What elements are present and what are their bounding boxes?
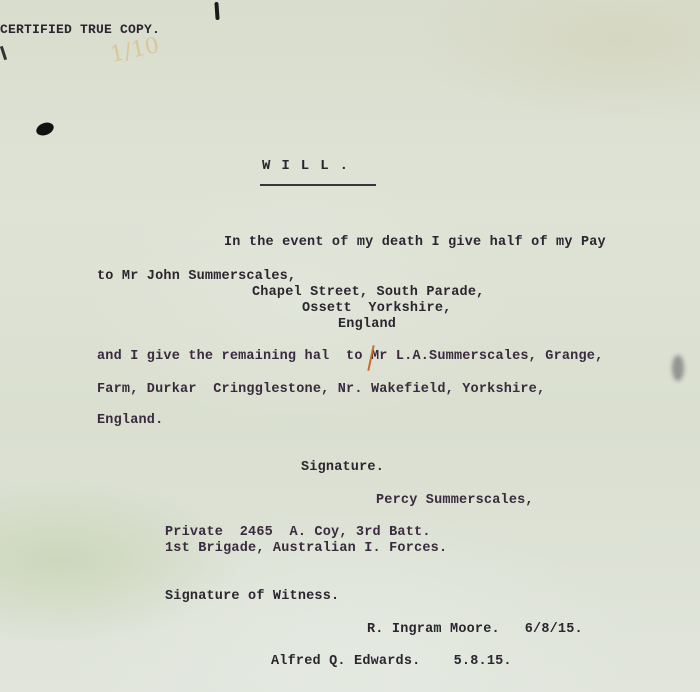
address-line-2: Ossett Yorkshire, [302,301,451,316]
address-line-1: Chapel Street, South Parade, [252,285,484,300]
body-line-1: In the event of my death I give half of … [224,235,606,250]
address-line-3: England [338,317,396,332]
ink-smudge [672,355,684,381]
witness-label: Signature of Witness. [165,589,339,604]
witness-1: R. Ingram Moore. 6/8/15. [367,622,583,637]
title-underline [260,184,376,186]
document-title: WILL. [262,158,359,174]
body-line-3: and I give the remaining hal to Mr L.A.S… [97,349,603,364]
body-line-5: England. [97,413,163,428]
witness-2: Alfred Q. Edwards. 5.8.15. [271,654,512,669]
service-line-1: Private 2465 A. Coy, 3rd Batt. [165,525,431,540]
body-line-4: Farm, Durkar Cringglestone, Nr. Wakefiel… [97,382,545,397]
body-line-2: to Mr John Summerscales, [97,269,296,284]
signature-label: Signature. [301,460,384,475]
signature-name: Percy Summerscales, [376,493,534,508]
certified-copy-header: CERTIFIED TRUE COPY. [0,22,160,37]
paper-background [0,0,700,692]
service-line-2: 1st Brigade, Australian I. Forces. [165,541,447,556]
